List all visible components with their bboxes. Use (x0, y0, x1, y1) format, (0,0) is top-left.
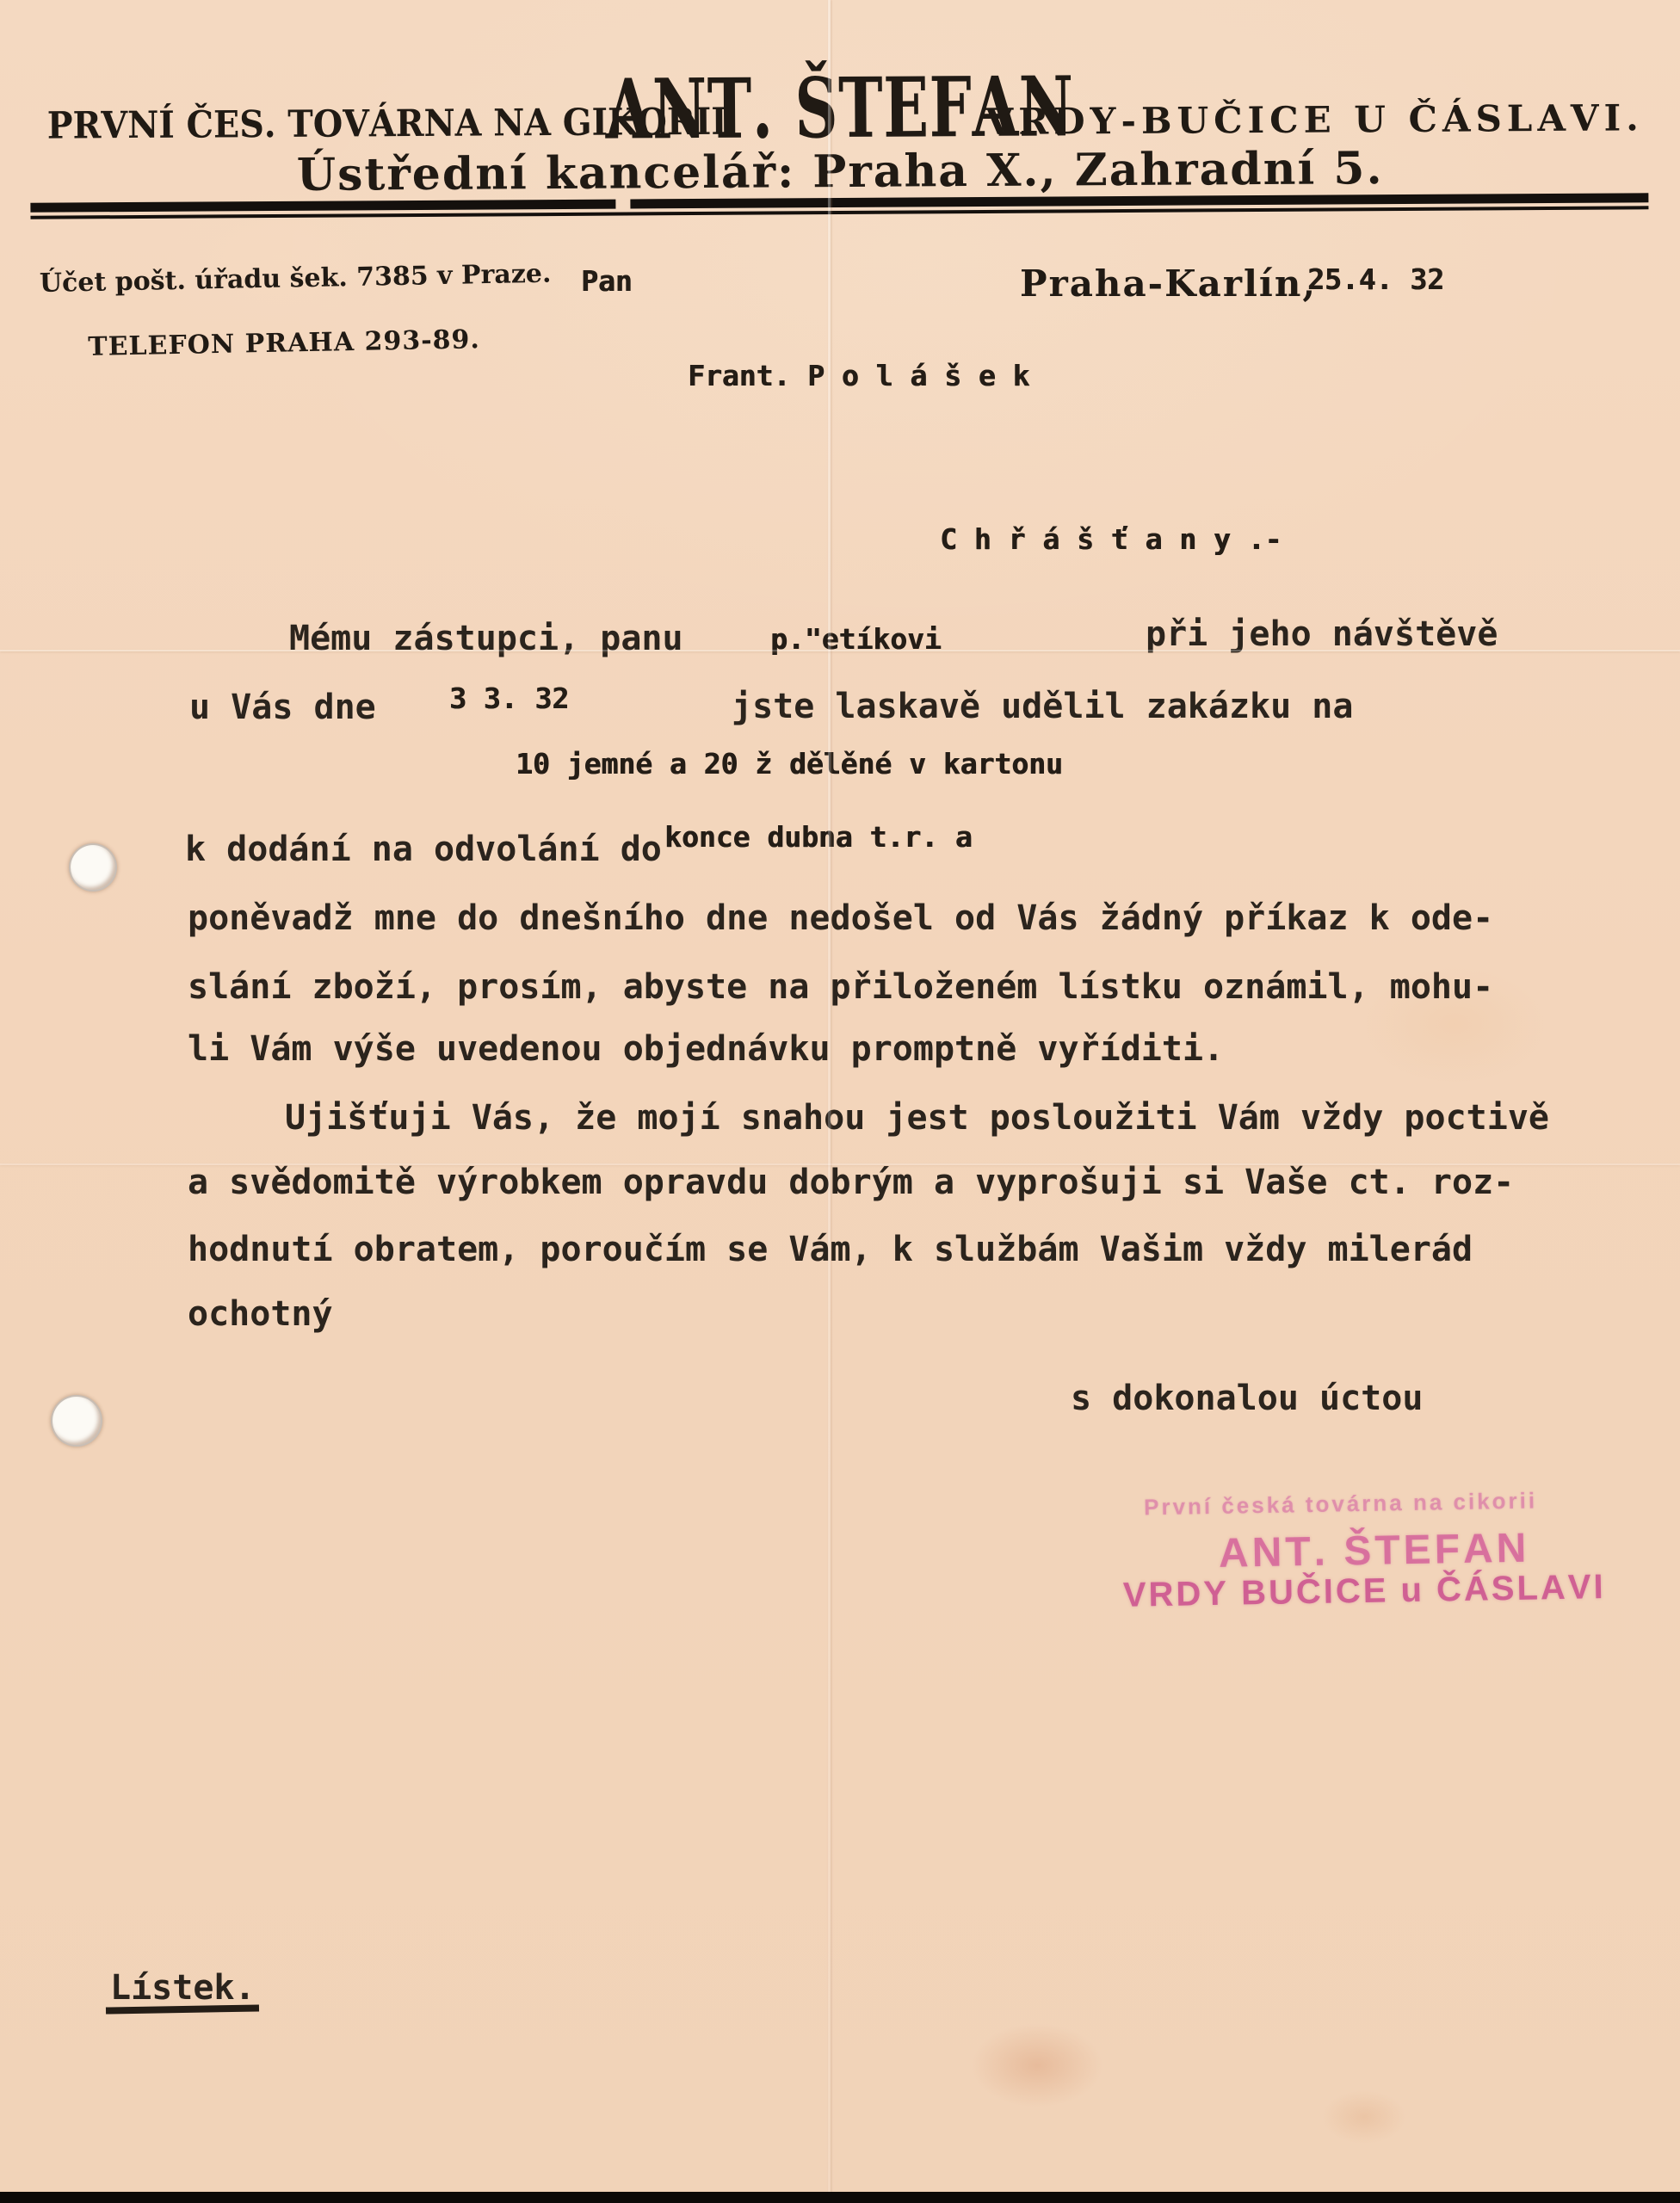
stamp-line3: VRDY BUČICE u ČÁSLAVI (1122, 1568, 1606, 1615)
body-line2-insert: 3 3. 32 (449, 684, 569, 713)
body-line3-insert: 10 jemné a 20 ž dělěné v kartonu (516, 750, 1063, 778)
rule-thick-left (30, 200, 615, 213)
place-printed: Praha-Karlín, (1020, 266, 1317, 302)
recipient-city: C h ř á š ť a n y .- (940, 525, 1282, 553)
stamp-line1: První česká továrna na cikorii (1144, 1487, 1538, 1521)
contact-block: Účet pošt. úřadu šek. 7385 v Praze. TELE… (39, 234, 553, 389)
enclosure-underline (106, 2004, 259, 2014)
salutation-pan: Pan (581, 267, 633, 295)
body-line2-form-a: u Vás dne (189, 690, 376, 725)
date-typed: 25.4. 32 (1307, 265, 1444, 293)
body-line6: slání zboží, prosím, abyste na přiložené… (188, 970, 1493, 1004)
horizontal-fold-crease-2 (0, 1163, 1680, 1165)
letterhead-right-text: VRDY-BUČICE U ČÁSLAVI. (985, 100, 1644, 140)
enclosure-label: Lístek. (110, 1971, 256, 2005)
letterhead-office-line: Ústřední kancelář: Praha X., Zahradní 5. (26, 145, 1654, 200)
horizontal-fold-crease-1 (0, 650, 1680, 651)
letter-page: PRVNÍ ČES. TOVÁRNA NA GIKORII ANT. ŠTEFA… (0, 0, 1680, 2203)
body-line7: li Vám výše uvedenou objednávku promptně… (188, 1032, 1224, 1066)
letterhead: PRVNÍ ČES. TOVÁRNA NA GIKORII ANT. ŠTEFA… (25, 64, 1654, 229)
recipient-name: Frant. P o l á š e k (688, 361, 1029, 390)
body-line1-form-b: při jeho návštěvě (1146, 617, 1498, 651)
body-line8: Ujišťuji Vás, že mojí snahou jest poslou… (285, 1101, 1549, 1135)
closing-line: s dokonalou úctou (1071, 1381, 1423, 1416)
body-line4-insert: konce dubna t.r. a (664, 823, 973, 851)
punch-hole-bottom (51, 1395, 102, 1447)
body-line9: a svědomitě výrobkem opravdu dobrým a vy… (188, 1165, 1514, 1200)
postal-account-line: Účet pošt. úřadu šek. 7385 v Praze. (40, 262, 552, 297)
body-line11: ochotný (188, 1297, 333, 1331)
vertical-fold-crease (828, 0, 831, 2203)
body-line5: poněvadž mne do dnešního dne nedošel od … (188, 901, 1493, 935)
telephone-line: TELEFON PRAHA 293-89. (88, 326, 553, 361)
punch-hole-top (69, 843, 117, 892)
company-rubber-stamp: První česká továrna na cikorii ANT. ŠTEF… (1101, 1478, 1620, 1624)
body-line4-form: k dodání na odvolání do (185, 832, 662, 867)
scan-edge-bar (0, 2192, 1680, 2203)
body-line2-form-b: jste laskavě udělil zakázku na (732, 689, 1353, 724)
